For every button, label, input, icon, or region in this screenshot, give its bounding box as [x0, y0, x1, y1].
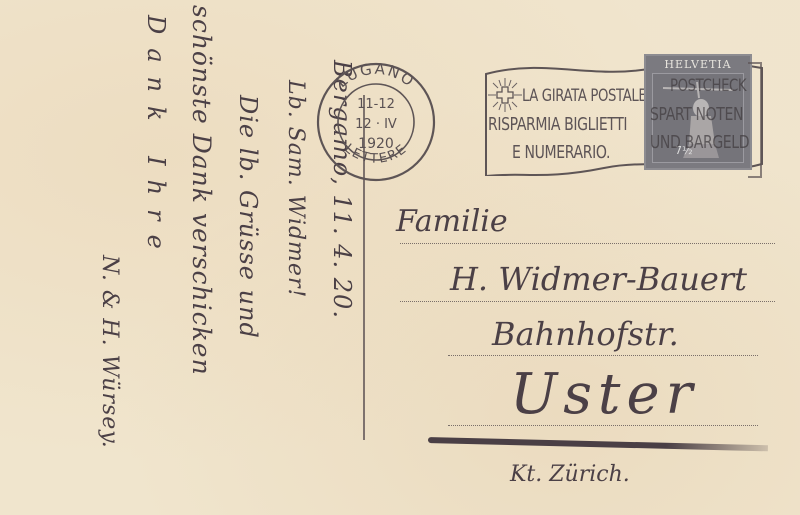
- address-canton: Kt. Zürich.: [510, 462, 630, 487]
- address-line-4: Uster: [510, 362, 698, 427]
- flag-line-3: E NUMERARIO.: [512, 142, 610, 163]
- postmark-date: 12 · IV: [355, 117, 397, 132]
- flag-cancel-edge: [748, 62, 762, 178]
- address-line-3: Bahnhofstr.: [492, 315, 679, 353]
- address-rule-1: [400, 243, 775, 244]
- flag-line-de-1: POSTCHECK: [670, 76, 746, 96]
- flag-line-de-3: UND BARGELD: [650, 132, 749, 153]
- address-line-1: Familie: [396, 204, 508, 239]
- address-rule-2: [400, 301, 775, 302]
- address-rule-3: [448, 355, 758, 356]
- message-line-2: Lb. Sam. Widmer!: [283, 80, 308, 298]
- message-line-6: N. & H. Würsey.: [97, 255, 122, 449]
- address-underline: [428, 437, 768, 451]
- message-line-3: Die lb. Grüsse und: [234, 95, 262, 339]
- address-line-2: H. Widmer-Bauert: [450, 260, 747, 298]
- postmark: LUGANO LETTERE 11-12 12 · IV 1920: [314, 60, 438, 184]
- postmark-city: LUGANO: [333, 60, 419, 91]
- stamp-country: HELVETIA: [646, 58, 750, 71]
- postage-stamp: HELVETIA 7½ POSTCHECK SPART NOTEN UND BA…: [644, 54, 752, 170]
- postmark-year: 1920: [358, 136, 394, 152]
- flag-line-de-2: SPART NOTEN: [650, 104, 743, 125]
- flag-line-1: LA GIRATA POSTALE: [522, 86, 646, 106]
- postmark-time: 11-12: [357, 97, 395, 112]
- flag-line-2: RISPARMIA BIGLIETTI: [488, 114, 627, 135]
- postcard: Bergamo, 11. 4. 20. Lb. Sam. Widmer! Die…: [0, 0, 800, 515]
- message-line-5: Dank Ihre: [142, 15, 170, 263]
- message-line-4: schönste Dank verschicken: [187, 5, 216, 376]
- swiss-cross-sunburst-icon: [488, 78, 522, 112]
- svg-text:LUGANO: LUGANO: [333, 60, 419, 91]
